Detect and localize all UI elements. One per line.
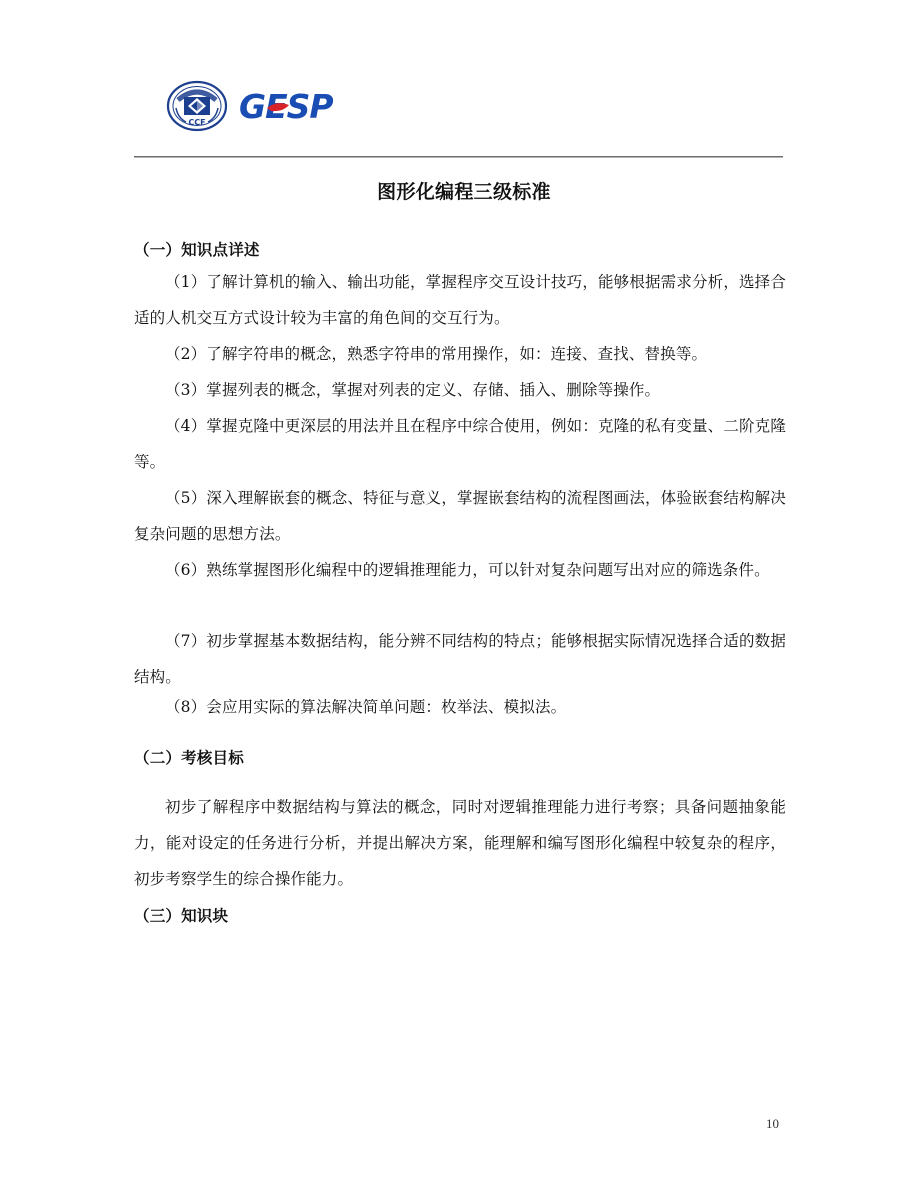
- knowledge-point-5: （5）深入理解嵌套的概念、特征与意义，掌握嵌套结构的流程图画法，体验嵌套结构解决…: [134, 480, 786, 552]
- ccf-logo-icon: CCF: [166, 80, 228, 132]
- section-heading-knowledge-points: （一）知识点详述: [134, 238, 260, 260]
- knowledge-point-2: （2）了解字符串的概念，熟悉字符串的常用操作，如：连接、查找、替换等。: [134, 336, 786, 372]
- gesp-logo-icon: GESP: [237, 86, 345, 126]
- header-logos: CCF GESP: [166, 78, 345, 134]
- section-heading-assessment-goals: （二）考核目标: [134, 746, 244, 768]
- knowledge-point-1: （1）了解计算机的输入、输出功能，掌握程序交互设计技巧，能够根据需求分析，选择合…: [134, 264, 786, 336]
- knowledge-point-3: （3）掌握列表的概念，掌握对列表的定义、存储、插入、删除等操作。: [134, 372, 786, 408]
- svg-text:CCF: CCF: [188, 118, 205, 127]
- assessment-goals-text: 初步了解程序中数据结构与算法的概念，同时对逻辑推理能力进行考察；具备问题抽象能力…: [134, 789, 786, 897]
- header-divider: [134, 156, 783, 158]
- document-title: 图形化编程三级标准: [0, 177, 918, 204]
- knowledge-point-4: （4）掌握克隆中更深层的用法并且在程序中综合使用，例如：克隆的私有变量、二阶克隆…: [134, 408, 786, 480]
- knowledge-point-6: （6）熟练掌握图形化编程中的逻辑推理能力，可以针对复杂问题写出对应的筛选条件。: [134, 552, 786, 588]
- knowledge-point-7: （7）初步掌握基本数据结构，能分辨不同结构的特点；能够根据实际情况选择合适的数据…: [134, 623, 786, 695]
- page-number: 10: [766, 1116, 779, 1132]
- knowledge-point-8: （8）会应用实际的算法解决简单问题：枚举法、模拟法。: [134, 689, 786, 725]
- section-heading-knowledge-blocks: （三）知识块: [134, 904, 228, 926]
